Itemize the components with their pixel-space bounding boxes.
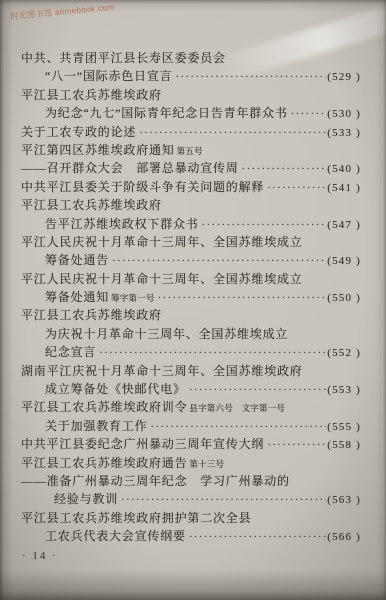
toc-line: 中共平江县委关于阶级斗争有关问题的解释·····················… [21, 178, 361, 196]
toc-entry-text: 为纪念“九七”国际青年纪念日告青年群众书 [45, 104, 288, 122]
toc-line: 平江县工农兵苏维埃政府训令县字第六号 文字第一号 [21, 398, 361, 416]
toc-line: 平江第四区苏维埃政府通知第五号 [21, 141, 361, 159]
toc-line: 平江县工农兵苏维埃政府通告第十三号 [21, 454, 361, 472]
toc-line: “八一”国际赤色日宣言·····························… [21, 67, 361, 85]
dot-leader: ········································… [99, 344, 326, 362]
page-number: (549 ) [327, 252, 361, 270]
toc-line: 平江县工农兵苏维埃政府 [21, 196, 361, 214]
toc-entry-text: “八一”国际赤色日宣言 [45, 67, 172, 85]
toc-entry-text: 纪念宣言 [45, 343, 96, 361]
toc-entry-text: 湖南平江庆祝十月革命十三周年、全国苏维埃政府 [21, 362, 303, 380]
page-number: (529 ) [327, 68, 361, 86]
page-number: (550 ) [327, 289, 361, 307]
toc-line: 平江县工农兵苏维埃政府拥护第二次全县 [21, 509, 361, 527]
page-number: (566 ) [327, 528, 361, 546]
toc-entry-text: 筹备处通知 [45, 288, 109, 306]
toc-entry-text: 中共平江县委关于阶级斗争有关问题的解释 [21, 178, 264, 196]
toc-line: 中共、共青团平江县长寿区委委员会 [21, 49, 361, 67]
toc-entry-text: 平江县工农兵苏维埃政府 [21, 196, 162, 214]
dot-leader: ········································… [150, 418, 326, 436]
toc-line: 筹备处通知筹字第一号······························… [21, 288, 361, 306]
dot-leader: ········································… [189, 528, 326, 546]
page-number: (553 ) [327, 381, 361, 399]
page-number: (547 ) [327, 216, 361, 234]
scanned-book-page: 时光图书馆 atimebook.com 中共、共青团平江县长寿区委委员会“八一”… [0, 0, 386, 600]
toc-entry-text: 平江县工农兵苏维埃政府 [21, 86, 162, 104]
toc-entry-text: 平江第四区苏维埃政府通知 [21, 141, 175, 159]
page-number-footer: · 14 · [22, 550, 58, 562]
toc-entry-text: 平江人民庆祝十月革命十三周年、全国苏维埃成立 [21, 233, 303, 251]
page-number: (541 ) [327, 179, 361, 197]
dot-leader: ········································… [242, 160, 327, 178]
doc-number-annotation: 县字第六号 文字第一号 [189, 399, 285, 417]
toc-line: 经验与教训···································… [21, 490, 361, 508]
dot-leader: ········································… [267, 179, 326, 197]
toc-entry-text: 关于工农专政的论述 [21, 123, 136, 141]
table-of-contents: 中共、共青团平江县长寿区委委员会“八一”国际赤色日宣言·············… [21, 49, 361, 546]
page-number: (558 ) [327, 436, 361, 454]
toc-line: 关于工农专政的论述·······························… [21, 123, 361, 141]
toc-line: 平江人民庆祝十月革命十三周年、全国苏维埃成立 [21, 270, 361, 288]
toc-line: 平江人民庆祝十月革命十三周年、全国苏维埃成立 [21, 233, 361, 251]
toc-line: 纪念宣言····································… [21, 343, 361, 361]
doc-number-annotation: 第五号 [177, 142, 203, 160]
dot-leader: ········································… [175, 68, 326, 86]
toc-entry-text: 平江县工农兵苏维埃政府拥护第二次全县 [21, 509, 251, 527]
doc-number-annotation: 筹字第一号 [111, 289, 155, 307]
toc-line: ——召开群众大会 部署总暴动宣传周·······················… [21, 159, 361, 177]
dot-leader: ········································… [112, 252, 326, 270]
toc-entry-text: 中共、共青团平江县长寿区委委员会 [21, 49, 226, 67]
dot-leader: ········································… [121, 491, 326, 509]
toc-entry-text: 经验与教训 [54, 490, 118, 508]
page-number: (533 ) [327, 124, 361, 142]
toc-entry-text: 关于加强教育工作 [45, 417, 147, 435]
toc-line: 成立筹备处《快邮代电》·····························… [21, 380, 361, 398]
toc-entry-text: 平江县工农兵苏维埃政府通告 [21, 454, 187, 472]
toc-line: 工农兵代表大会宣传纲要·····························… [21, 527, 361, 545]
toc-line: ——准备广州暴动三周年纪念 学习广州暴动的 [21, 472, 361, 490]
page-number: (552 ) [327, 344, 361, 362]
dot-leader: ········································… [189, 381, 326, 399]
toc-entry-text: 告平江苏维埃政权下群众书 [45, 215, 199, 233]
toc-entry-text: 筹备处通告 [45, 251, 109, 269]
toc-line: 告平江苏维埃政权下群众书····························… [21, 215, 361, 233]
page-number: (540 ) [327, 160, 361, 178]
page-number: (530 ) [327, 105, 361, 123]
toc-entry-text: 工农兵代表大会宣传纲要 [45, 527, 186, 545]
toc-entry-text: 中共平江县委纪念广州暴动三周年宣传大纲 [21, 435, 264, 453]
dot-leader: ········································… [267, 436, 326, 454]
page-number: (555 ) [327, 418, 361, 436]
page-number: (563 ) [327, 491, 361, 509]
dot-leader: ········································… [158, 289, 327, 307]
toc-entry-text: ——召开群众大会 部署总暴动宣传周 [21, 159, 239, 177]
doc-number-annotation: 第十三号 [189, 455, 224, 473]
dot-leader: ········································… [291, 105, 327, 123]
toc-line: 为纪念“九七”国际青年纪念日告青年群众书····················… [21, 104, 361, 122]
toc-entry-text: 为庆祝十月革命十三周年、全国苏维埃成立 [45, 325, 288, 343]
dot-leader: ········································… [202, 216, 327, 234]
toc-entry-text: 成立筹备处《快邮代电》 [45, 380, 186, 398]
toc-line: 中共平江县委纪念广州暴动三周年宣传大纲·····················… [21, 435, 361, 453]
dot-leader: ········································… [139, 124, 326, 142]
toc-line: 为庆祝十月革命十三周年、全国苏维埃成立 [21, 325, 361, 343]
toc-line: 关于加强教育工作································… [21, 417, 361, 435]
toc-line: 筹备处通告···································… [21, 251, 361, 269]
toc-line: 湖南平江庆祝十月革命十三周年、全国苏维埃政府 [21, 362, 361, 380]
toc-entry-text: 平江县工农兵苏维埃政府训令 [21, 398, 187, 416]
library-watermark: 时光图书馆 atimebook.com [10, 2, 115, 22]
toc-entry-text: 平江人民庆祝十月革命十三周年、全国苏维埃成立 [21, 270, 303, 288]
toc-entry-text: ——准备广州暴动三周年纪念 学习广州暴动的 [21, 472, 290, 490]
toc-line: 平江县工农兵苏维埃政府 [21, 306, 361, 324]
toc-line: 平江县工农兵苏维埃政府 [21, 86, 361, 104]
toc-entry-text: 平江县工农兵苏维埃政府 [21, 306, 162, 324]
